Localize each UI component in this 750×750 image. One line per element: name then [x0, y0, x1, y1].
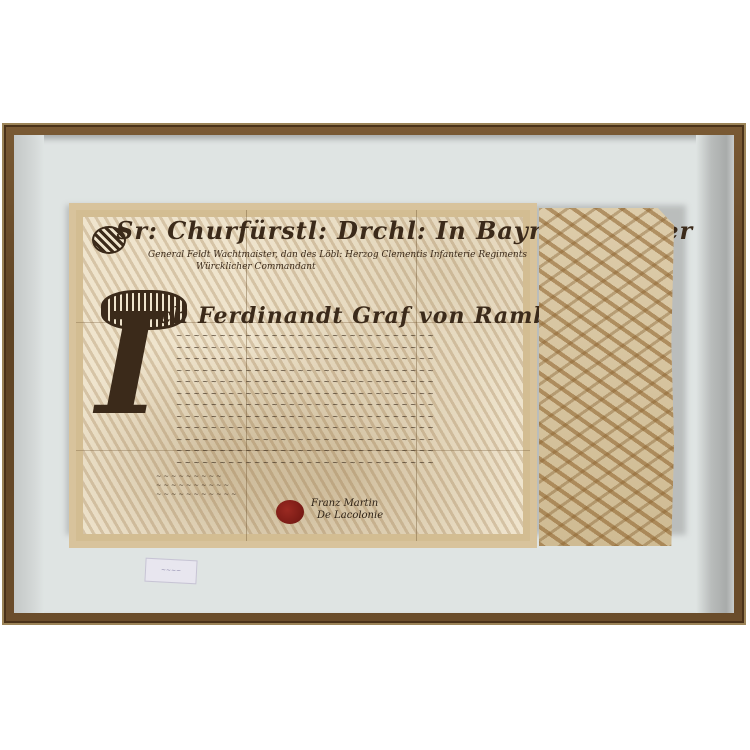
body-line: ~ ~ ~ ~ ~ ~ ~ ~ ~ ~ ~ ~ ~ ~ ~ ~ ~ ~ ~ ~ …: [176, 330, 531, 342]
body-line: ~ ~ ~ ~ ~ ~ ~ ~ ~ ~ ~ ~ ~ ~ ~ ~ ~ ~ ~ ~ …: [176, 457, 531, 469]
note-line: ~ ~ ~ ~ ~ ~ ~ ~ ~ ~ ~: [156, 490, 306, 499]
body-line: ~ ~ ~ ~ ~ ~ ~ ~ ~ ~ ~ ~ ~ ~ ~ ~ ~ ~ ~ ~ …: [176, 434, 531, 446]
body-line: ~ ~ ~ ~ ~ ~ ~ ~ ~ ~ ~ ~ ~ ~ ~ ~ ~ ~ ~ ~ …: [176, 411, 531, 423]
main-sheet: Sr: Churfürstl: Drchl: In Bayrn Camerer …: [69, 203, 537, 548]
note-line: ~ ~ ~ ~ ~ ~ ~ ~ ~: [156, 472, 306, 481]
body-line: ~ ~ ~ ~ ~ ~ ~ ~ ~ ~ ~ ~ ~ ~ ~ ~ ~ ~ ~ ~ …: [176, 365, 531, 377]
mat-board: Sr: Churfürstl: Drchl: In Bayrn Camerer …: [14, 135, 734, 613]
body-line: ~ ~ ~ ~ ~ ~ ~ ~ ~ ~ ~ ~ ~ ~ ~ ~ ~ ~ ~ ~ …: [176, 342, 531, 354]
body-line: ~ ~ ~ ~ ~ ~ ~ ~ ~ ~ ~ ~ ~ ~ ~ ~ ~ ~ ~ ~ …: [176, 422, 531, 434]
heading-rank: Würcklicher Commandant: [196, 262, 316, 272]
body-line: ~ ~ ~ ~ ~ ~ ~ ~ ~ ~ ~ ~ ~ ~ ~ ~ ~ ~ ~ ~ …: [176, 445, 531, 457]
signature-line: De Lacolonie: [311, 510, 383, 522]
marginal-note: ~ ~ ~ ~ ~ ~ ~ ~ ~ ~ ~ ~ ~ ~ ~ ~ ~ ~ ~ ~ …: [156, 472, 306, 499]
body-line: ~ ~ ~ ~ ~ ~ ~ ~ ~ ~ ~ ~ ~ ~ ~ ~ ~ ~ ~ ~ …: [176, 399, 531, 411]
marbled-paper-sheet: [539, 208, 674, 546]
body-line: ~ ~ ~ ~ ~ ~ ~ ~ ~ ~ ~ ~ ~ ~ ~ ~ ~ ~ ~ ~ …: [176, 353, 531, 365]
body-line: ~ ~ ~ ~ ~ ~ ~ ~ ~ ~ ~ ~ ~ ~ ~ ~ ~ ~ ~ ~ …: [176, 376, 531, 388]
body-line: ~ ~ ~ ~ ~ ~ ~ ~ ~ ~ ~ ~ ~ ~ ~ ~ ~ ~ ~ ~ …: [176, 388, 531, 400]
signature-line: Franz Martin: [311, 498, 383, 510]
wax-seal-icon: [276, 500, 304, 524]
mat-shadow-left: [14, 135, 44, 613]
picture-frame: Sr: Churfürstl: Drchl: In Bayrn Camerer …: [2, 123, 746, 625]
inventory-label: ~~~~: [144, 558, 197, 585]
body-text: ~ ~ ~ ~ ~ ~ ~ ~ ~ ~ ~ ~ ~ ~ ~ ~ ~ ~ ~ ~ …: [176, 330, 531, 468]
heading-name: ch Ferdinandt Graf von Rambaldi: [158, 303, 600, 329]
note-line: ~ ~ ~ ~ ~ ~ ~ ~ ~ ~: [156, 481, 306, 490]
signature: Franz Martin De Lacolonie: [311, 498, 383, 522]
mat-shadow-right: [696, 135, 734, 613]
document: Sr: Churfürstl: Drchl: In Bayrn Camerer …: [69, 203, 679, 543]
heading-subtitle: General Feldt Wachtmaister, dan des Löbl…: [148, 250, 527, 260]
decorated-initial: I: [96, 295, 156, 465]
